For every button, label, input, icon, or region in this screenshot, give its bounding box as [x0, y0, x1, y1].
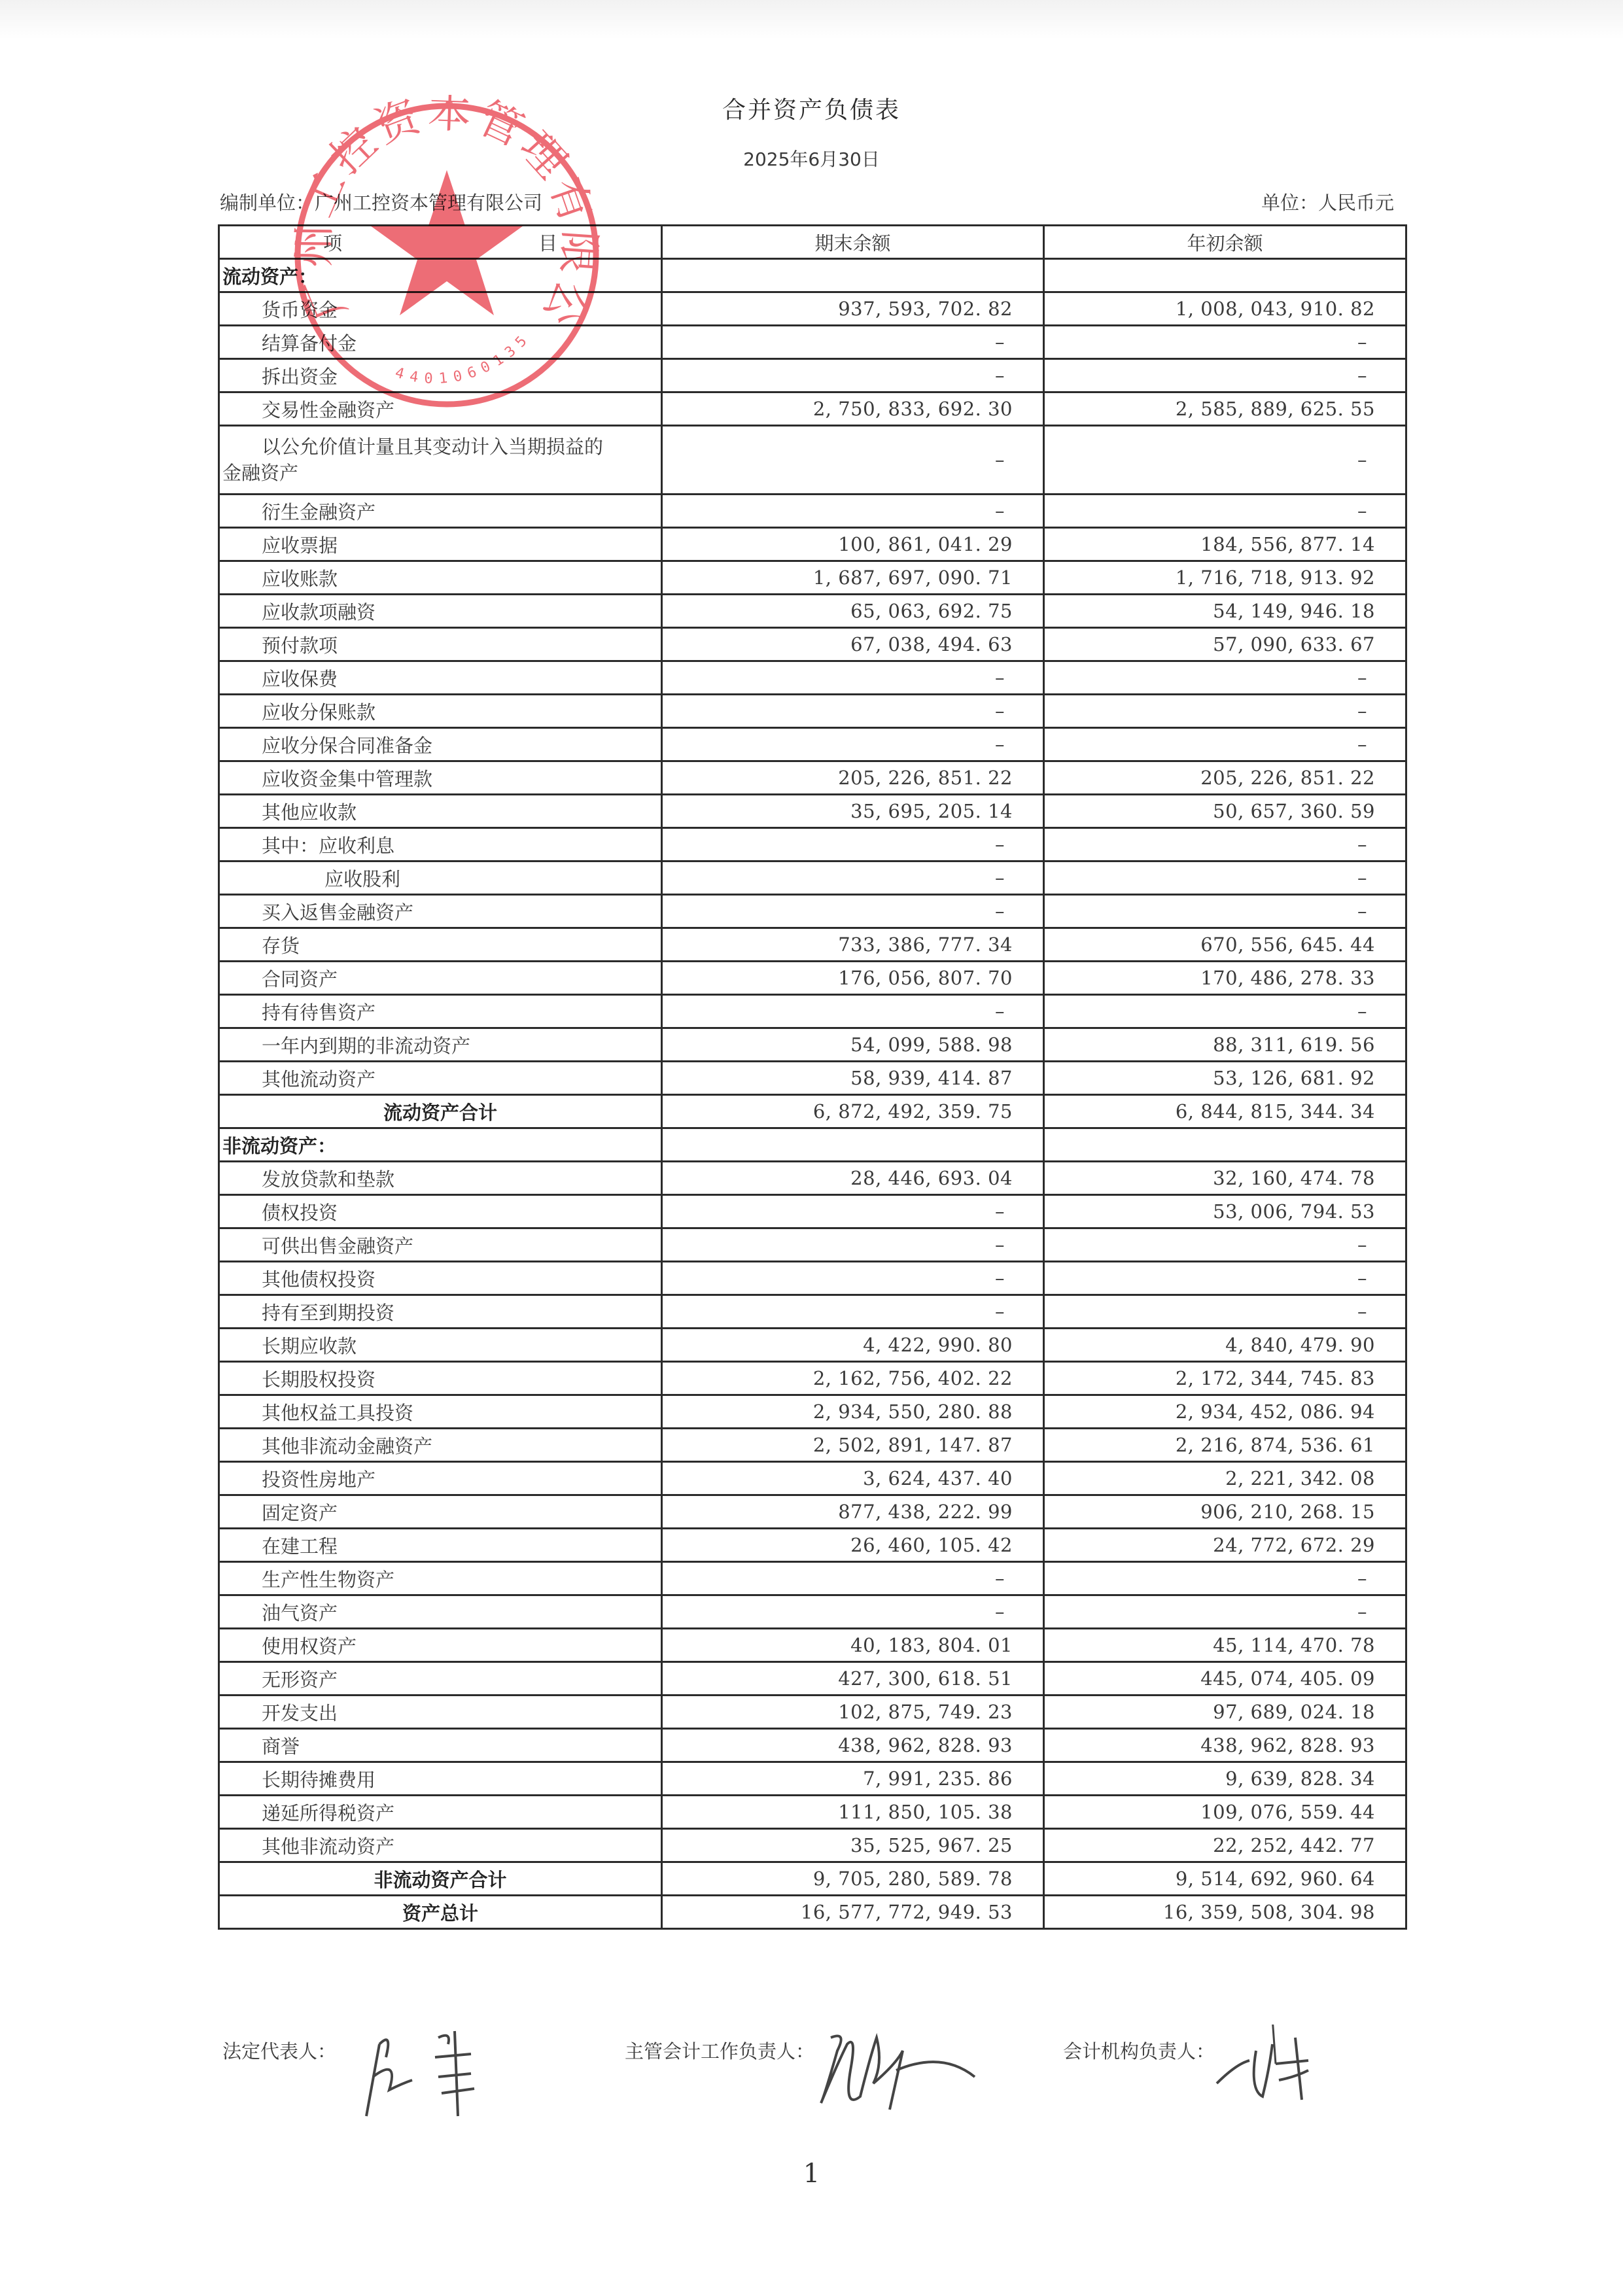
end-balance-cell: 28, 446, 693. 04 — [662, 1162, 1044, 1195]
begin-balance-cell: 54, 149, 946. 18 — [1044, 595, 1406, 628]
row-label: 无形资产 — [219, 1662, 662, 1696]
end-balance-cell — [662, 1128, 1044, 1162]
header-end-balance: 期末余额 — [662, 226, 1044, 259]
row-label: 应收款项融资 — [219, 595, 662, 628]
header-begin-balance: 年初余额 — [1044, 226, 1406, 259]
begin-balance-cell: 57, 090, 633. 67 — [1044, 628, 1406, 661]
row-label: 应收资金集中管理款 — [219, 761, 662, 795]
end-balance-cell: – — [662, 1262, 1044, 1295]
accounting-head-signature-icon — [1210, 2025, 1341, 2110]
begin-balance-cell: – — [1044, 661, 1406, 695]
row-label: 合同资产 — [219, 962, 662, 995]
begin-balance-cell: – — [1044, 1262, 1406, 1295]
currency-unit: 单位：人民币元 — [1261, 188, 1394, 215]
end-balance-cell: 877, 438, 222. 99 — [662, 1495, 1044, 1529]
end-balance-cell: 6, 872, 492, 359. 75 — [662, 1095, 1044, 1128]
row-label: 在建工程 — [219, 1529, 662, 1562]
table-row: 生产性生物资产–– — [219, 1562, 1406, 1595]
begin-balance-cell: – — [1044, 1595, 1406, 1629]
table-row: 其他非流动金融资产2, 502, 891, 147. 872, 216, 874… — [219, 1429, 1406, 1462]
header-item-a: 项 — [323, 232, 342, 254]
row-label: 可供出售金融资产 — [219, 1228, 662, 1262]
begin-balance-cell: 88, 311, 619. 56 — [1044, 1028, 1406, 1062]
row-label: 使用权资产 — [219, 1629, 662, 1662]
end-balance-cell: – — [662, 661, 1044, 695]
begin-balance-cell — [1044, 1128, 1406, 1162]
row-label: 长期股权投资 — [219, 1362, 662, 1395]
end-balance-cell: 35, 695, 205. 14 — [662, 795, 1044, 828]
end-balance-cell: – — [662, 1295, 1044, 1329]
prepared-by-label: 编制单位： — [220, 192, 315, 214]
row-label: 流动资产合计 — [219, 1095, 662, 1128]
row-label: 一年内到期的非流动资产 — [219, 1028, 662, 1062]
table-row: 固定资产877, 438, 222. 99906, 210, 268. 15 — [219, 1495, 1406, 1529]
table-row: 使用权资产40, 183, 804. 0145, 114, 470. 78 — [219, 1629, 1406, 1662]
row-label: 其他应收款 — [219, 795, 662, 828]
table-row: 以公允价值计量且其变动计入当期损益的金融资产–– — [219, 426, 1406, 495]
row-label: 其他非流动金融资产 — [219, 1429, 662, 1462]
end-balance-cell: 176, 056, 807. 70 — [662, 962, 1044, 995]
end-balance-cell: 427, 300, 618. 51 — [662, 1662, 1044, 1696]
table-body: 流动资产：货币资金937, 593, 702. 821, 008, 043, 9… — [219, 259, 1406, 1929]
begin-balance-cell: 109, 076, 559. 44 — [1044, 1796, 1406, 1829]
begin-balance-cell: – — [1044, 495, 1406, 528]
begin-balance-cell: 170, 486, 278. 33 — [1044, 962, 1406, 995]
end-balance-cell: 111, 850, 105. 38 — [662, 1796, 1044, 1829]
table-row: 其他债权投资–– — [219, 1262, 1406, 1295]
row-label: 投资性房地产 — [219, 1462, 662, 1495]
table-row: 投资性房地产3, 624, 437. 402, 221, 342. 08 — [219, 1462, 1406, 1495]
row-label: 其中：应收利息 — [219, 828, 662, 861]
end-balance-cell: 1, 687, 697, 090. 71 — [662, 561, 1044, 595]
begin-balance-cell: 16, 359, 508, 304. 98 — [1044, 1896, 1406, 1929]
table-row: 递延所得税资产111, 850, 105. 38109, 076, 559. 4… — [219, 1796, 1406, 1829]
row-label: 预付款项 — [219, 628, 662, 661]
row-label: 其他债权投资 — [219, 1262, 662, 1295]
begin-balance-cell — [1044, 259, 1406, 292]
table-row: 可供出售金融资产–– — [219, 1228, 1406, 1262]
table-row: 应收分保账款–– — [219, 695, 1406, 728]
end-balance-cell: 58, 939, 414. 87 — [662, 1062, 1044, 1095]
scan-top-edge — [0, 0, 1623, 39]
table-row: 拆出资金–– — [219, 359, 1406, 392]
begin-balance-cell: – — [1044, 828, 1406, 861]
table-row: 应收保费–– — [219, 661, 1406, 695]
table-row: 交易性金融资产2, 750, 833, 692. 302, 585, 889, … — [219, 392, 1406, 426]
begin-balance-cell: – — [1044, 728, 1406, 761]
table-row: 商誉438, 962, 828. 93438, 962, 828. 93 — [219, 1729, 1406, 1762]
table-row: 持有至到期投资–– — [219, 1295, 1406, 1329]
begin-balance-cell: 97, 689, 024. 18 — [1044, 1696, 1406, 1729]
row-label: 流动资产： — [219, 259, 662, 292]
table-row: 其他非流动资产35, 525, 967. 2522, 252, 442. 77 — [219, 1829, 1406, 1862]
begin-balance-cell: 53, 126, 681. 92 — [1044, 1062, 1406, 1095]
table-row: 存货733, 386, 777. 34670, 556, 645. 44 — [219, 928, 1406, 962]
row-label-line1: 以公允价值计量且其变动计入当期损益的 — [262, 436, 603, 458]
row-label-line2: 金融资产 — [222, 460, 654, 486]
end-balance-cell: 2, 750, 833, 692. 30 — [662, 392, 1044, 426]
row-label: 持有至到期投资 — [219, 1295, 662, 1329]
row-label: 应收账款 — [219, 561, 662, 595]
end-balance-cell: 26, 460, 105. 42 — [662, 1529, 1044, 1562]
begin-balance-cell: 2, 172, 344, 745. 83 — [1044, 1362, 1406, 1395]
end-balance-cell — [662, 259, 1044, 292]
begin-balance-cell: – — [1044, 861, 1406, 895]
end-balance-cell: 937, 593, 702. 82 — [662, 292, 1044, 326]
begin-balance-cell: – — [1044, 895, 1406, 928]
end-balance-cell: – — [662, 426, 1044, 495]
section-row: 流动资产： — [219, 259, 1406, 292]
prepared-by-company: 广州工控资本管理有限公司 — [315, 192, 542, 214]
row-label: 其他非流动资产 — [219, 1829, 662, 1862]
end-balance-cell: – — [662, 695, 1044, 728]
end-balance-cell: 100, 861, 041. 29 — [662, 528, 1044, 561]
total-row: 流动资产合计6, 872, 492, 359. 756, 844, 815, 3… — [219, 1095, 1406, 1128]
begin-balance-cell: – — [1044, 326, 1406, 359]
row-label: 持有待售资产 — [219, 995, 662, 1028]
table-row: 一年内到期的非流动资产54, 099, 588. 9888, 311, 619.… — [219, 1028, 1406, 1062]
begin-balance-cell: 670, 556, 645. 44 — [1044, 928, 1406, 962]
table-row: 油气资产–– — [219, 1595, 1406, 1629]
table-row: 应收款项融资65, 063, 692. 7554, 149, 946. 18 — [219, 595, 1406, 628]
begin-balance-cell: 438, 962, 828. 93 — [1044, 1729, 1406, 1762]
table-row: 债权投资–53, 006, 794. 53 — [219, 1195, 1406, 1228]
section-row: 非流动资产： — [219, 1128, 1406, 1162]
begin-balance-cell: – — [1044, 1562, 1406, 1595]
row-label: 商誉 — [219, 1729, 662, 1762]
end-balance-cell: 2, 162, 756, 402. 22 — [662, 1362, 1044, 1395]
table-row: 在建工程26, 460, 105. 4224, 772, 672. 29 — [219, 1529, 1406, 1562]
begin-balance-cell: 32, 160, 474. 78 — [1044, 1162, 1406, 1195]
end-balance-cell: – — [662, 1228, 1044, 1262]
balance-sheet-table: 项目 期末余额 年初余额 流动资产：货币资金937, 593, 702. 821… — [218, 224, 1407, 1930]
table-row: 结算备付金–– — [219, 326, 1406, 359]
row-label: 拆出资金 — [219, 359, 662, 392]
row-label: 应收股利 — [219, 861, 662, 895]
begin-balance-cell: – — [1044, 1295, 1406, 1329]
document-title: 合并资产负债表 — [0, 92, 1623, 125]
begin-balance-cell: – — [1044, 995, 1406, 1028]
begin-balance-cell: – — [1044, 695, 1406, 728]
end-balance-cell: 102, 875, 749. 23 — [662, 1696, 1044, 1729]
end-balance-cell: – — [662, 828, 1044, 861]
end-balance-cell: 438, 962, 828. 93 — [662, 1729, 1044, 1762]
table-row: 无形资产427, 300, 618. 51445, 074, 405. 09 — [219, 1662, 1406, 1696]
table-row: 应收分保合同准备金–– — [219, 728, 1406, 761]
header-item-b: 目 — [538, 232, 557, 254]
end-balance-cell: 65, 063, 692. 75 — [662, 595, 1044, 628]
chief-accountant-label: 主管会计工作负责人： — [625, 2037, 814, 2064]
table-row: 长期待摊费用7, 991, 235. 869, 639, 828. 34 — [219, 1762, 1406, 1796]
end-balance-cell: – — [662, 1562, 1044, 1595]
end-balance-cell: 35, 525, 967. 25 — [662, 1829, 1044, 1862]
table-row: 应收资金集中管理款205, 226, 851. 22205, 226, 851.… — [219, 761, 1406, 795]
unit-label: 单位： — [1261, 192, 1318, 214]
row-label: 以公允价值计量且其变动计入当期损益的金融资产 — [219, 426, 662, 495]
table-header-row: 项目 期末余额 年初余额 — [219, 226, 1406, 259]
begin-balance-cell: 184, 556, 877. 14 — [1044, 528, 1406, 561]
end-balance-cell: – — [662, 1595, 1044, 1629]
end-balance-cell: – — [662, 895, 1044, 928]
table-row: 开发支出102, 875, 749. 2397, 689, 024. 18 — [219, 1696, 1406, 1729]
end-balance-cell: – — [662, 861, 1044, 895]
begin-balance-cell: 1, 716, 718, 913. 92 — [1044, 561, 1406, 595]
begin-balance-cell: 6, 844, 815, 344. 34 — [1044, 1095, 1406, 1128]
row-label: 应收票据 — [219, 528, 662, 561]
row-label: 开发支出 — [219, 1696, 662, 1729]
begin-balance-cell: 22, 252, 442. 77 — [1044, 1829, 1406, 1862]
row-label: 衍生金融资产 — [219, 495, 662, 528]
header-item: 项目 — [219, 226, 662, 259]
table-row: 货币资金937, 593, 702. 821, 008, 043, 910. 8… — [219, 292, 1406, 326]
total-row: 资产总计16, 577, 772, 949. 5316, 359, 508, 3… — [219, 1896, 1406, 1929]
begin-balance-cell: – — [1044, 359, 1406, 392]
begin-balance-cell: 2, 934, 452, 086. 94 — [1044, 1395, 1406, 1429]
table-row: 发放贷款和垫款28, 446, 693. 0432, 160, 474. 78 — [219, 1162, 1406, 1195]
end-balance-cell: – — [662, 495, 1044, 528]
row-label: 油气资产 — [219, 1595, 662, 1629]
row-label: 固定资产 — [219, 1495, 662, 1529]
row-label: 应收保费 — [219, 661, 662, 695]
begin-balance-cell: 906, 210, 268. 15 — [1044, 1495, 1406, 1529]
begin-balance-cell: 4, 840, 479. 90 — [1044, 1329, 1406, 1362]
row-label: 债权投资 — [219, 1195, 662, 1228]
row-label: 长期应收款 — [219, 1329, 662, 1362]
begin-balance-cell: 205, 226, 851. 22 — [1044, 761, 1406, 795]
row-label: 发放贷款和垫款 — [219, 1162, 662, 1195]
table-row: 长期应收款4, 422, 990. 804, 840, 479. 90 — [219, 1329, 1406, 1362]
begin-balance-cell: – — [1044, 426, 1406, 495]
begin-balance-cell: 45, 114, 470. 78 — [1044, 1629, 1406, 1662]
begin-balance-cell: 2, 221, 342. 08 — [1044, 1462, 1406, 1495]
end-balance-cell: 2, 934, 550, 280. 88 — [662, 1395, 1044, 1429]
row-label: 应收分保账款 — [219, 695, 662, 728]
row-label: 交易性金融资产 — [219, 392, 662, 426]
row-label: 其他流动资产 — [219, 1062, 662, 1095]
row-label: 货币资金 — [219, 292, 662, 326]
table-row: 买入返售金融资产–– — [219, 895, 1406, 928]
end-balance-cell: – — [662, 995, 1044, 1028]
begin-balance-cell: 24, 772, 672. 29 — [1044, 1529, 1406, 1562]
end-balance-cell: – — [662, 359, 1044, 392]
table-row: 其中：应收利息–– — [219, 828, 1406, 861]
begin-balance-cell: – — [1044, 1228, 1406, 1262]
end-balance-cell: 9, 705, 280, 589. 78 — [662, 1862, 1044, 1896]
end-balance-cell: 54, 099, 588. 98 — [662, 1028, 1044, 1062]
end-balance-cell: 67, 038, 494. 63 — [662, 628, 1044, 661]
begin-balance-cell: 445, 074, 405. 09 — [1044, 1662, 1406, 1696]
row-label: 长期待摊费用 — [219, 1762, 662, 1796]
end-balance-cell: 205, 226, 851. 22 — [662, 761, 1044, 795]
table-row: 其他权益工具投资2, 934, 550, 280. 882, 934, 452,… — [219, 1395, 1406, 1429]
end-balance-cell: 7, 991, 235. 86 — [662, 1762, 1044, 1796]
end-balance-cell: 3, 624, 437. 40 — [662, 1462, 1044, 1495]
table-row: 其他流动资产58, 939, 414. 8753, 126, 681. 92 — [219, 1062, 1406, 1095]
row-label: 资产总计 — [219, 1896, 662, 1929]
row-label: 买入返售金融资产 — [219, 895, 662, 928]
table-row: 其他应收款35, 695, 205. 1450, 657, 360. 59 — [219, 795, 1406, 828]
row-label: 应收分保合同准备金 — [219, 728, 662, 761]
begin-balance-cell: 2, 585, 889, 625. 55 — [1044, 392, 1406, 426]
table-row: 长期股权投资2, 162, 756, 402. 222, 172, 344, 7… — [219, 1362, 1406, 1395]
row-label: 非流动资产合计 — [219, 1862, 662, 1896]
table-row: 应收账款1, 687, 697, 090. 711, 716, 718, 913… — [219, 561, 1406, 595]
begin-balance-cell: 1, 008, 043, 910. 82 — [1044, 292, 1406, 326]
row-label: 非流动资产： — [219, 1128, 662, 1162]
report-date: 2025年6月30日 — [0, 145, 1623, 171]
accounting-head-label: 会计机构负责人： — [1063, 2037, 1215, 2064]
total-row: 非流动资产合计9, 705, 280, 589. 789, 514, 692, … — [219, 1862, 1406, 1896]
legal-rep-signature-icon — [340, 2018, 497, 2123]
end-balance-cell: – — [662, 326, 1044, 359]
table-row: 衍生金融资产–– — [219, 495, 1406, 528]
table-row: 应收票据100, 861, 041. 29184, 556, 877. 14 — [219, 528, 1406, 561]
legal-rep-label: 法定代表人： — [222, 2037, 336, 2064]
begin-balance-cell: 53, 006, 794. 53 — [1044, 1195, 1406, 1228]
table-row: 应收股利–– — [219, 861, 1406, 895]
prepared-by: 编制单位：广州工控资本管理有限公司 — [220, 188, 542, 215]
begin-balance-cell: 9, 514, 692, 960. 64 — [1044, 1862, 1406, 1896]
end-balance-cell: 733, 386, 777. 34 — [662, 928, 1044, 962]
begin-balance-cell: 50, 657, 360. 59 — [1044, 795, 1406, 828]
end-balance-cell: – — [662, 1195, 1044, 1228]
row-label: 结算备付金 — [219, 326, 662, 359]
begin-balance-cell: 2, 216, 874, 536. 61 — [1044, 1429, 1406, 1462]
row-label: 生产性生物资产 — [219, 1562, 662, 1595]
row-label: 其他权益工具投资 — [219, 1395, 662, 1429]
page-number: 1 — [0, 2159, 1623, 2189]
row-label: 递延所得税资产 — [219, 1796, 662, 1829]
table-row: 持有待售资产–– — [219, 995, 1406, 1028]
chief-accountant-signature-icon — [811, 2025, 994, 2116]
begin-balance-cell: 9, 639, 828. 34 — [1044, 1762, 1406, 1796]
row-label: 存货 — [219, 928, 662, 962]
end-balance-cell: 40, 183, 804. 01 — [662, 1629, 1044, 1662]
end-balance-cell: 2, 502, 891, 147. 87 — [662, 1429, 1044, 1462]
unit-value: 人民币元 — [1318, 192, 1394, 214]
end-balance-cell: 16, 577, 772, 949. 53 — [662, 1896, 1044, 1929]
table-row: 合同资产176, 056, 807. 70170, 486, 278. 33 — [219, 962, 1406, 995]
end-balance-cell: – — [662, 728, 1044, 761]
table-row: 预付款项67, 038, 494. 6357, 090, 633. 67 — [219, 628, 1406, 661]
end-balance-cell: 4, 422, 990. 80 — [662, 1329, 1044, 1362]
